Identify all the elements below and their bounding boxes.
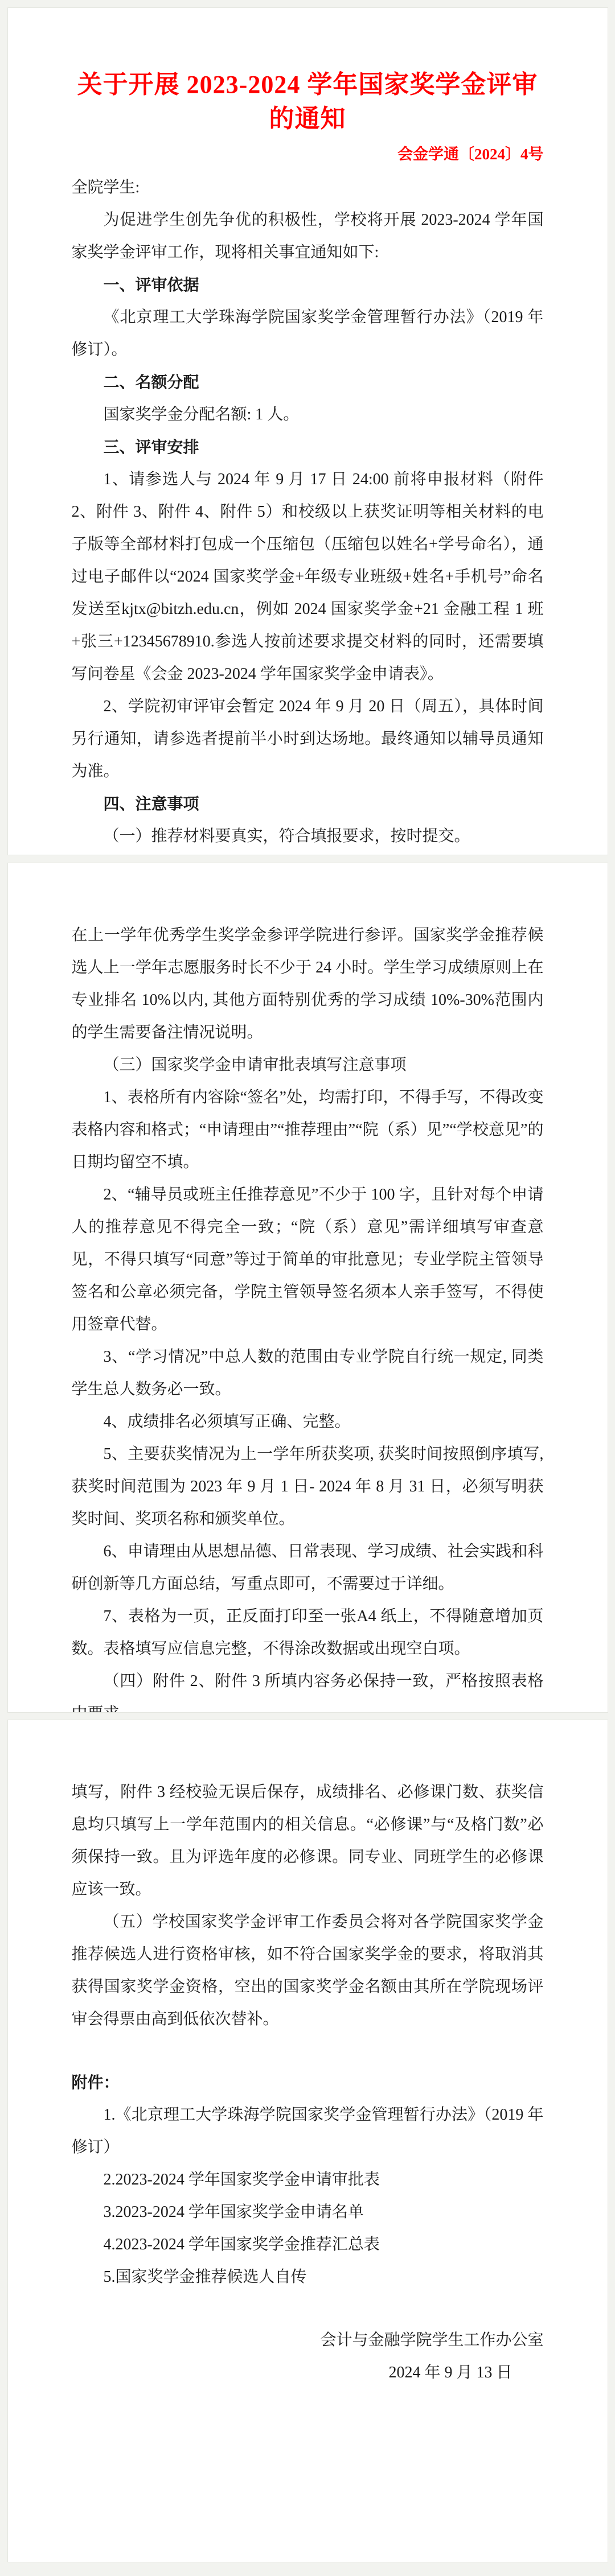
paragraph: （二）国家奖学金的评选以上一学年综合测评成绩为准，转专业学生 — [72, 852, 544, 855]
paragraph: 国家奖学金分配名额: 1 人。 — [72, 398, 544, 431]
attachment-item: 1.《北京理工大学珠海学院国家奖学金管理暂行办法》（2019 年修订） — [72, 2099, 544, 2163]
paragraph-continued: 在上一学年优秀学生奖学金参评学院进行参评。国家奖学金推荐候选人上一学年志愿服务时… — [72, 919, 544, 1049]
doc-number: 会金学通〔2024〕4号 — [72, 143, 544, 166]
salutation: 全院学生: — [72, 171, 544, 204]
paragraph: （三）国家奖学金申请审批表填写注意事项 — [72, 1049, 544, 1081]
issuer-signature: 会计与金融学院学生工作办公室 — [72, 2324, 544, 2356]
paragraph: （一）推荐材料要真实，符合填报要求，按时提交。 — [72, 820, 544, 852]
issue-date: 2024 年 9 月 13 日 — [72, 2356, 544, 2389]
paragraph: 6、申请理由从思想品德、日常表现、学习成绩、社会实践和科研创新等几方面总结，写重… — [72, 1535, 544, 1600]
attachment-item: 4.2023-2024 学年国家奖学金推荐汇总表 — [72, 2228, 544, 2261]
section-heading: 二、名额分配 — [72, 366, 544, 398]
paragraph: 《北京理工大学珠海学院国家奖学金管理暂行办法》（2019 年修订）。 — [72, 301, 544, 366]
paragraph: （五）学校国家奖学金评审工作委员会将对各学院国家奖学金推荐候选人进行资格审核，如… — [72, 1906, 544, 2035]
section-heading: 四、注意事项 — [72, 788, 544, 820]
paragraph: 5、主要获奖情况为上一学年所获奖项, 获奖时间按照倒序填写, 获奖时间范围为 2… — [72, 1438, 544, 1535]
paragraph-continued: 填写，附件 3 经校验无误后保存，成绩排名、必修课门数、获奖信息均只填写上一学年… — [72, 1776, 544, 1906]
paragraph: 2、学院初审评审会暂定 2024 年 9 月 20 日（周五），具体时间另行通知… — [72, 690, 544, 788]
paragraph: （四）附件 2、附件 3 所填内容务必保持一致，严格按照表格中要求 — [72, 1665, 544, 1713]
document-pages: 关于开展 2023-2024 学年国家奖学金评审的通知会金学通〔2024〕4号全… — [0, 0, 615, 2576]
paragraph: 1、表格所有内容除“签名”处，均需打印，不得手写，不得改变表格内容和格式；“申请… — [72, 1081, 544, 1178]
page-3: 填写，附件 3 经校验无误后保存，成绩排名、必修课门数、获奖信息均只填写上一学年… — [7, 1720, 608, 2562]
paragraph: 3、“学习情况”中总人数的范围由专业学院自行统一规定, 同类学生总人数务必一致。 — [72, 1341, 544, 1406]
attachment-item: 2.2023-2024 学年国家奖学金申请审批表 — [72, 2163, 544, 2196]
notice-title: 关于开展 2023-2024 学年国家奖学金评审的通知 — [72, 68, 544, 136]
attachment-item: 3.2023-2024 学年国家奖学金申请名单 — [72, 2196, 544, 2228]
section-heading: 一、评审依据 — [72, 269, 544, 301]
paragraph: 1、请参选人与 2024 年 9 月 17 日 24:00 前将申报材料（附件 … — [72, 463, 544, 690]
paragraph: 2、“辅导员或班主任推荐意见”不少于 100 字，且针对每个申请人的推荐意见不得… — [72, 1178, 544, 1341]
paragraph: 7、表格为一页，正反面打印至一张A4 纸上，不得随意增加页数。表格填写应信息完整… — [72, 1600, 544, 1665]
page-1: 关于开展 2023-2024 学年国家奖学金评审的通知会金学通〔2024〕4号全… — [7, 7, 608, 855]
paragraph: 4、成绩排名必须填写正确、完整。 — [72, 1406, 544, 1438]
page-2: 在上一学年优秀学生奖学金参评学院进行参评。国家奖学金推荐候选人上一学年志愿服务时… — [7, 863, 608, 1713]
attachment-item: 5.国家奖学金推荐候选人自传 — [72, 2261, 544, 2293]
section-heading: 三、评审安排 — [72, 431, 544, 463]
attachments-heading: 附件： — [72, 2066, 544, 2099]
paragraph: 为促进学生创先争优的积极性，学校将开展 2023-2024 学年国家奖学金评审工… — [72, 204, 544, 269]
